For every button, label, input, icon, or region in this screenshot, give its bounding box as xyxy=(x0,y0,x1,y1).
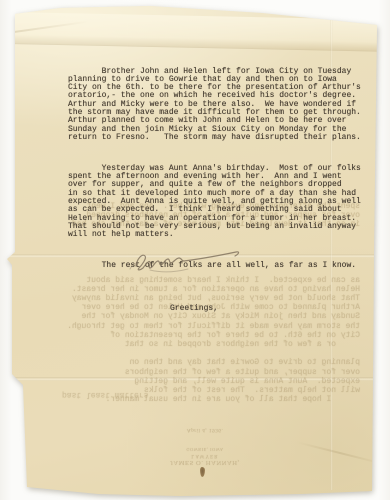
letter-paper: spent the afternoon and evening with her… xyxy=(0,0,390,500)
bleed-through-line: planning to drive to Gowrie that day and… xyxy=(56,358,360,367)
letterhead-name: JAMES O. HANNAH, xyxy=(143,459,267,466)
top-fold-flap xyxy=(11,12,378,52)
letterhead-city: GOWRIE, IOWA xyxy=(143,447,267,452)
paper-shadow: spent the afternoon and evening with her… xyxy=(0,0,390,500)
typed-line: will not help matters. xyxy=(68,231,370,239)
ink-blot xyxy=(200,467,205,477)
bleed-through-line: expected. Aunt Anna is quite well, and g… xyxy=(56,377,360,386)
closing-salutation: Greetings, xyxy=(68,305,370,313)
paragraph-aunt-anna: Yesterday was Aunt Anna's birthday. Most… xyxy=(68,165,370,240)
letter-body: Brother John and Helen left for Iowa Cit… xyxy=(68,51,370,330)
letterhead-date: April 4, 1936. xyxy=(143,427,267,433)
handwritten-signature xyxy=(122,242,272,277)
typed-line: return to Fresno. The storm may have dis… xyxy=(68,134,370,142)
bleed-through-line: over for supper, and quite a few of the … xyxy=(56,368,360,377)
scanned-letter-page: spent the afternoon and evening with her… xyxy=(0,0,390,500)
bleed-through-letterhead: JAMES O. HANNAH, LAWYER GOWRIE, IOWA Apr… xyxy=(143,404,267,466)
lower-fold-crease xyxy=(12,377,374,381)
letterhead-title: LAWYER xyxy=(143,453,267,458)
bleed-through-line xyxy=(56,349,360,358)
corner-crease xyxy=(296,441,384,465)
bleed-through-line: or a few of the neighbors dropped in so … xyxy=(56,340,360,349)
bleed-through-line: City on the 6th. to be there for the pre… xyxy=(56,331,360,340)
top-left-crease xyxy=(10,20,89,33)
bleed-through-line: will not help matters. The rest of the f… xyxy=(56,386,360,395)
paragraph-travel-news: Brother John and Helen left for Iowa Cit… xyxy=(68,68,370,143)
bleed-through-short-line: past least matters xyxy=(62,390,222,399)
